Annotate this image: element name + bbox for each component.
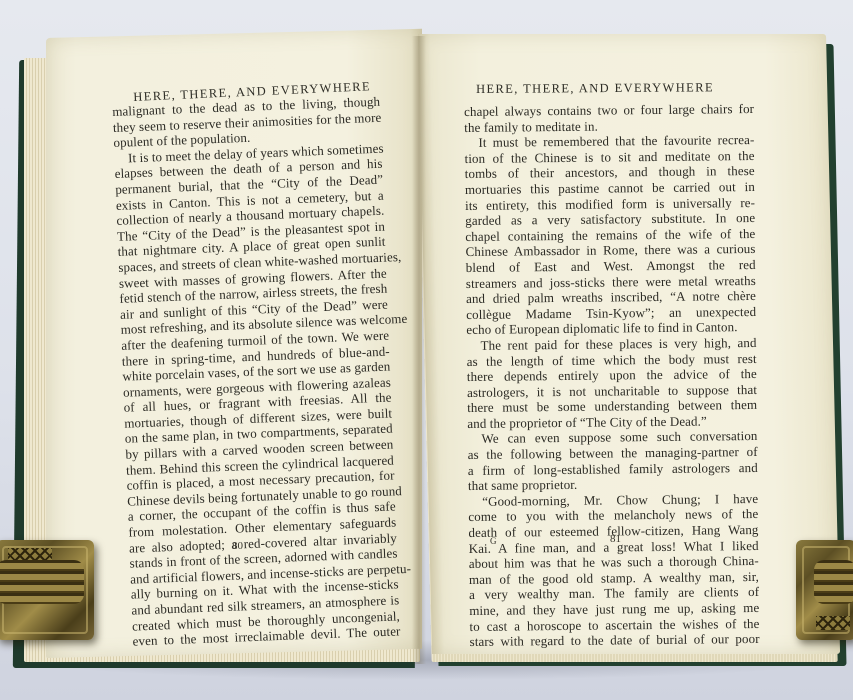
right-page-number: 81 <box>610 533 621 545</box>
text-line: stars with regard to the date of burial … <box>470 631 760 650</box>
book-gutter <box>412 36 426 664</box>
brass-page-clip-left <box>0 540 94 640</box>
left-page-number: 80 <box>232 540 243 552</box>
text-line: there must be some understanding between… <box>467 397 757 416</box>
clip-bars <box>814 560 853 604</box>
text-line: chapel always contains two or four large… <box>464 101 754 120</box>
left-page-text: malignant to the dead as to the living, … <box>112 94 401 650</box>
lattice-ornament-icon <box>816 616 850 630</box>
brass-page-clip-right <box>796 540 853 640</box>
right-running-head: HERE, THERE, AND EVERYWHERE <box>476 80 714 97</box>
clip-bars <box>0 560 84 604</box>
photo-scene: HERE, THERE, AND EVERYWHERE malignant to… <box>0 0 853 700</box>
signature-mark: G <box>490 536 497 546</box>
right-page-text: chapel always contains two or four large… <box>464 101 760 650</box>
